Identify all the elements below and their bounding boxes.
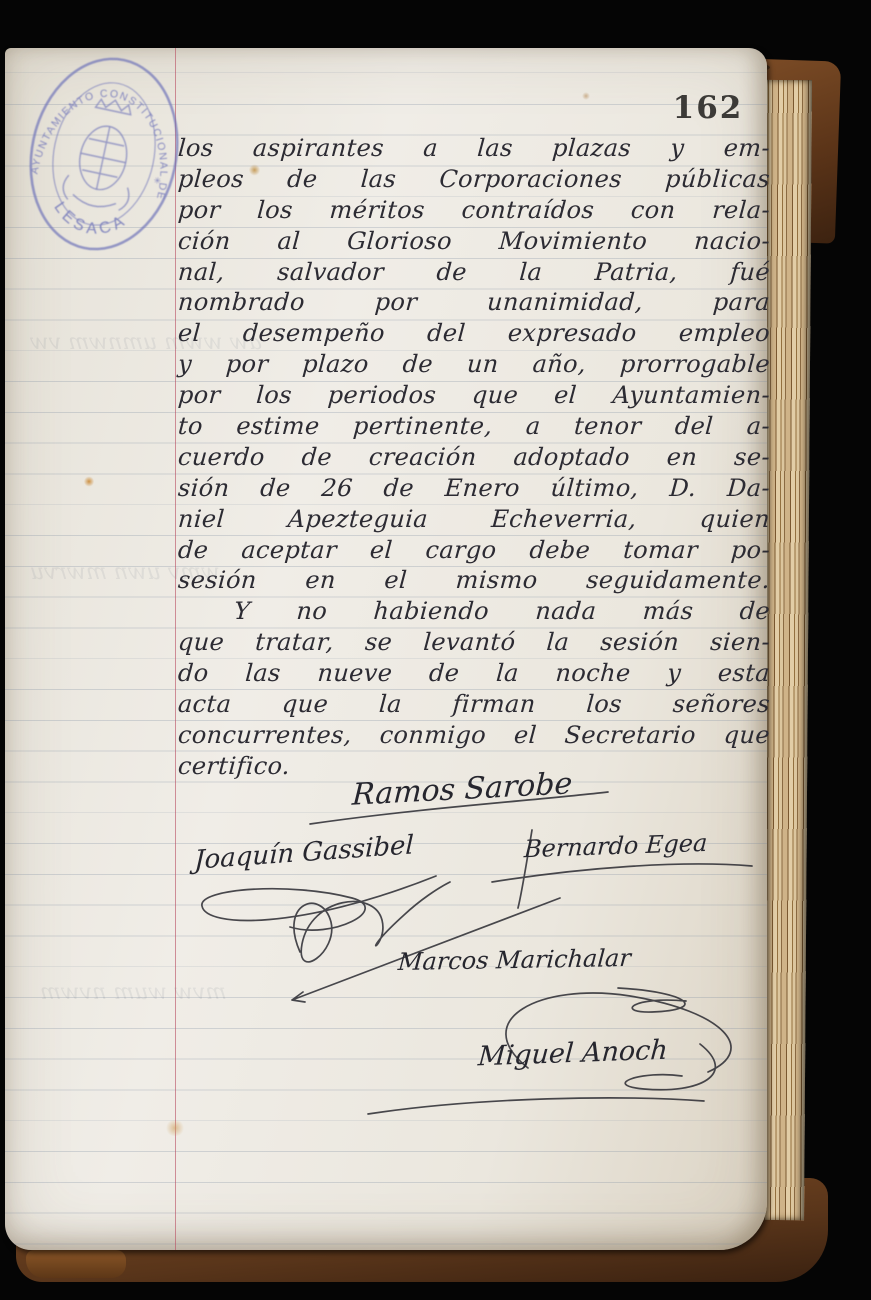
handwritten-line: nal, salvador de la Patria, fué — [177, 257, 771, 288]
folio-number: 162 — [668, 90, 748, 126]
scanned-ledger-photo: AYUNTAMIENTO CONSTITUCIONAL DE LESACA ✳ … — [0, 0, 871, 1300]
red-margin-line — [175, 48, 176, 1250]
handwritten-body: los aspirantes a las plazas y em-pleos d… — [178, 133, 770, 782]
age-spot — [582, 92, 590, 100]
handwritten-line: el desempeño del expresado empleo — [177, 318, 771, 349]
handwritten-line: sión de 26 de Enero último, D. Da- — [177, 473, 771, 504]
handwritten-line: ción al Glorioso Movimiento nacio- — [177, 226, 771, 257]
age-spot — [249, 164, 260, 176]
handwritten-line: concurrentes, conmigo el Secretario que — [177, 720, 771, 751]
age-spot — [84, 476, 94, 487]
handwritten-line: por los méritos contraídos con rela- — [177, 195, 771, 226]
handwritten-line: los aspirantes a las plazas y em- — [177, 133, 771, 164]
signature-5: Marcos Marichalar — [397, 944, 632, 976]
handwritten-line: pleos de las Corporaciones públicas — [177, 164, 771, 195]
handwritten-line: nombrado por unanimidad, para — [177, 287, 771, 318]
bleed-through-text: mvw wum nvwm — [39, 980, 228, 1005]
age-spot — [165, 1120, 185, 1136]
book-cover-leather-bottom-left — [26, 1250, 126, 1278]
handwritten-line: por los periodos que el Ayuntamien- — [177, 380, 771, 411]
handwritten-line: Y no habiendo nada más de — [177, 596, 771, 627]
handwritten-line: que tratar, se levantó la sesión sien- — [177, 627, 771, 658]
stamp-town-name: LESACA — [46, 197, 133, 246]
handwritten-line: acta que la firman los señores — [177, 689, 771, 720]
bleed-through-text: aw wwm umnwm vw — [29, 330, 263, 355]
handwritten-line: to estime pertinente, a tenor del a- — [177, 411, 771, 442]
handwritten-line: niel Apezteguia Echeverria, quien — [177, 504, 771, 535]
handwritten-line: y por plazo de un año, prorrogable — [177, 349, 771, 380]
handwritten-line: sesión en el mismo seguidamente. — [177, 565, 771, 596]
handwritten-line: de aceptar el cargo debe tomar po- — [177, 535, 771, 566]
handwritten-line: do las nueve de la noche y esta — [177, 658, 771, 689]
bleed-through-text: wmv uwn mwrvu — [29, 560, 222, 585]
handwritten-line: cuerdo de creación adoptado en se- — [177, 442, 771, 473]
